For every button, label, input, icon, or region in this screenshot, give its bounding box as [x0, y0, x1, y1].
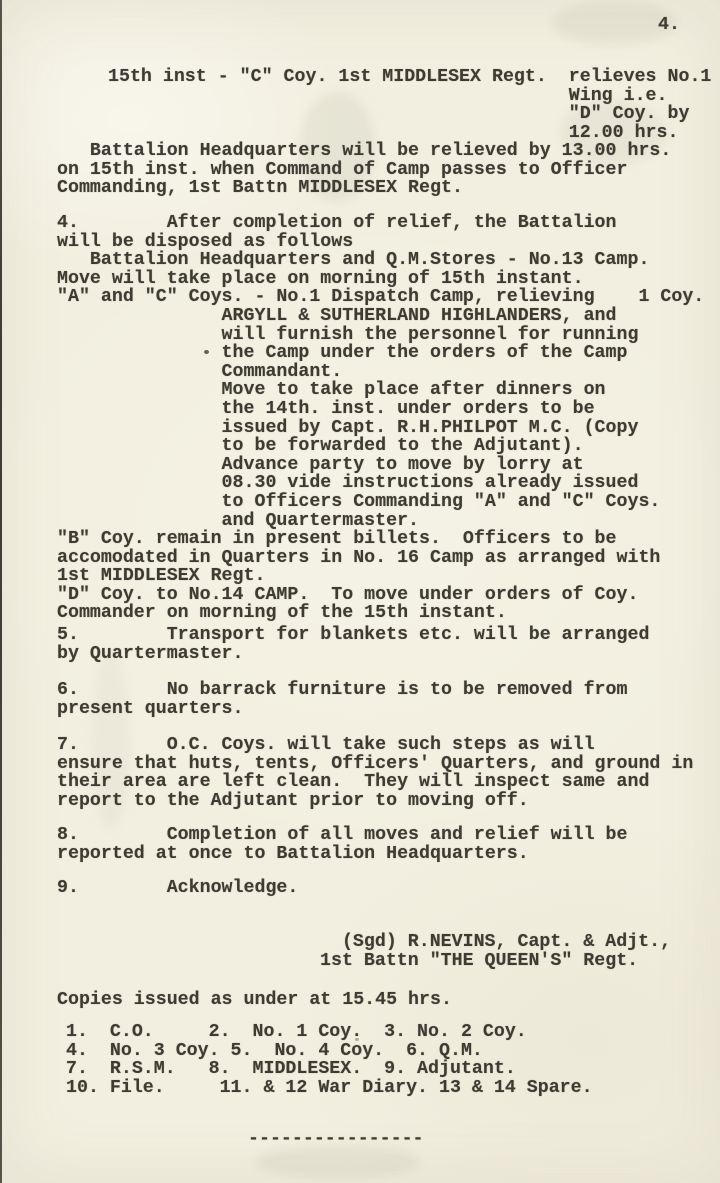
paragraph-entry-15th: 15th inst - "C" Coy. 1st MIDDLESEX Regt.…: [108, 68, 711, 142]
copies-heading: Copies issued as under at 15.45 hrs.: [57, 991, 452, 1010]
paragraph-item-4: 4. After completion of relief, the Batta…: [57, 214, 704, 623]
page-number: 4.: [658, 16, 680, 35]
scan-edge: [0, 0, 2, 1183]
paragraph-item-7: 7. O.C. Coys. will take such steps as wi…: [57, 736, 693, 810]
typewritten-page: 4. 15th inst - "C" Coy. 1st MIDDLESEX Re…: [0, 0, 720, 1183]
signature-block: (Sgd) R.NEVINS, Capt. & Adjt., 1st Battn…: [320, 933, 671, 970]
paragraph-item-8: 8. Completion of all moves and relief wi…: [57, 826, 627, 863]
distribution-list: 1. C.O. 2. No. 1 Coy. 3. No. 2 Coy. 4. N…: [66, 1023, 593, 1097]
paragraph-item-6: 6. No barrack furniture is to be removed…: [57, 681, 627, 718]
end-rule: ----------------: [248, 1130, 424, 1149]
paper-smudge: [255, 1146, 420, 1178]
paragraph-item-9: 9. Acknowledge.: [57, 879, 298, 898]
paragraph-battalion-hq: Battalion Headquarters will be relieved …: [57, 142, 671, 198]
paragraph-item-5: 5. Transport for blankets etc. will be a…: [57, 626, 649, 663]
